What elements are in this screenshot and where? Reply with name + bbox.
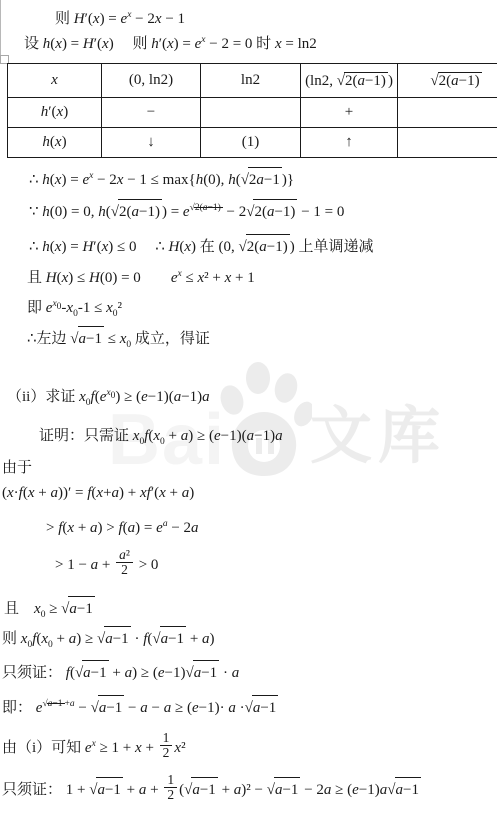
monotonicity-table: x (0, ln2) ln2 (ln2, √2(a−1)) √2(a−1) h′… [7,63,497,158]
cell-empty [398,98,497,128]
part2-by-i-line: 由（i）可知 ex ≥ 1 + x + 12x² [2,731,186,760]
cell-sign-neg: − [102,98,201,128]
table-header-ln2: ln2 [201,64,301,98]
table-header-x: x [8,64,102,98]
table-header-row: x (0, ln2) ln2 (ln2, √2(a−1)) √2(a−1) [8,64,497,98]
part2-suffices-line-2: 只须证： 1 + √a−1 + a + 12(√a−1 + a)² − √a−1… [2,773,421,802]
cell-empty [201,98,301,128]
part2-x0-bound: 且 x0 ≥ √a−1 [4,596,95,621]
formula-line-hx-max: ∴ h(x) = ex − 2x − 1 ≤ max{h(0), h(√2a−1… [29,167,294,192]
row-label-h: h(x) [8,128,102,158]
formula-line-Hx-bound: 且 H(x) ≤ H(0) = 0 ex ≤ x² + x + 1 [27,266,255,290]
part2-quadratic-bound: > 1 − a + a²2 > 0 [55,548,158,577]
part2-product-deriv: (x·f(x + a))′ = f(x+a) + xf′(x + a) [2,481,194,505]
table-row-h: h(x) ↓ (1) ↑ [8,128,497,158]
cell-sign-pos: + [301,98,398,128]
baidu-wenku-watermark: Bai 文库 [108,362,448,482]
cell-increasing: ↑ [301,128,398,158]
formula-line-ex0-bound: 即 ex0-x0-1 ≤ x0² [27,296,122,320]
formula-line-set-hx: 设 h(x) = H′(x) 则 h′(x) = ex − 2 = 0 时 x … [24,32,317,56]
table-row-h-prime: h′(x) − + [8,98,497,128]
table-header-int2: (ln2, √2(a−1)) [301,64,398,98]
table-header-sqrt: √2(a−1) [398,64,497,98]
cell-empty [398,128,497,158]
baidu-paw-icon [216,362,312,480]
cell-decreasing: ↓ [102,128,201,158]
cell-minimum: (1) [201,128,301,158]
part2-because-line: 由于 [2,456,32,480]
formula-line-conclusion: ∴左边 √a−1 ≤ x0 成立，得证 [27,326,210,351]
page-edge-line [0,0,1,56]
watermark-wenku-text: 文库 [310,406,446,468]
part2-inequality-chain: > f(x + a) > f(a) = ea − 2a [46,516,199,540]
formula-line-monotone: ∴ h(x) = H′(x) ≤ 0 ∴ H(x) 在 (0, √2(a−1))… [29,234,373,259]
part2-suffices-line-1: 只须证： f(√a−1 + a) ≥ (e−1)√a−1 · a [2,660,239,685]
formula-line-h0-values: ∵ h(0) = 0, h(√2(a−1)) = e√2(a−1) − 2√2(… [29,199,344,224]
document-page: { "watermark": { "bai": "Bai", "wenku": … [0,0,497,815]
part2-then-line: 则 x0f(x0 + a) ≥ √a−1 · f(√a−1 + a) [2,626,215,651]
table-header-int1: (0, ln2) [102,64,201,98]
part2-claim-line: （ii）求证 x0f(ex0) ≥ (e−1)(a−1)a [7,385,210,409]
part2-proof-line: 证明：只需证 x0f(x0 + a) ≥ (e−1)(a−1)a [39,424,283,448]
part2-that-is-line: 即： e√a−1+a − √a−1 − a − a ≥ (e−1)· a ·√a… [2,695,278,720]
row-label-h-prime: h′(x) [8,98,102,128]
formula-line-h-deriv: 则 H′(x) = ex − 2x − 1 [55,7,185,31]
